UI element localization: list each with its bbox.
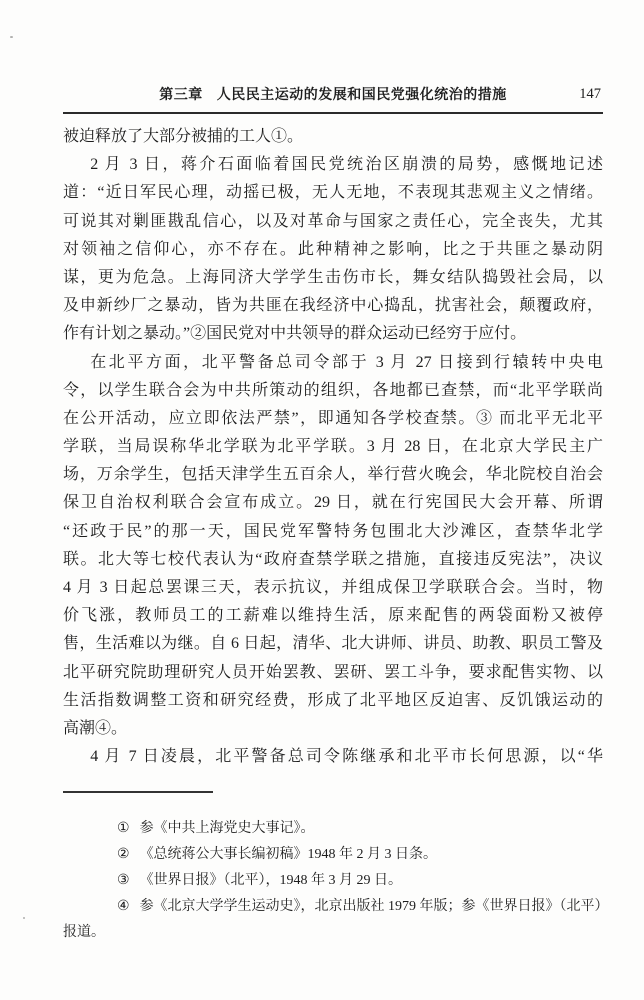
footnote-line: ①参《中共上海党史大事记》。 bbox=[63, 816, 603, 842]
body-text-line: 及申新纱厂之暴动，皆为共匪在我经济中心捣乱，扰害社会，颠覆政府， bbox=[63, 292, 603, 320]
body-text-line-text: 在北平方面，北平警备总司令部于 3 月 27 日接到行辕转中央电 bbox=[90, 354, 603, 371]
body-text-line-text: 学联，当局误称华北学联为北平学联。3 月 28 日，在北京大学民主广 bbox=[63, 438, 603, 455]
body-text-line-text: 售，生活难以为继。自 6 日起，清华、北大讲师、讲员、助教、职员工警及 bbox=[63, 635, 603, 652]
body-text-line: 保卫自治权利联合会宣布成立。29 日，就在行宪国民大会开幕、所谓 bbox=[63, 489, 603, 517]
body-text-line: “还政于民”的那一天，国民党军警特务包围北大沙滩区，查禁华北学 bbox=[63, 518, 603, 546]
body-text-line: 联。北大等七校代表认为“政府查禁学联之措施，直接违反宪法”，决议 bbox=[63, 546, 603, 574]
body-text-line: 场，万余学生，包括天津学生五百余人，举行营火晚会，华北院校自治会 bbox=[63, 461, 603, 489]
body-text-line-text: 作有计划之暴动。”②国民党对中共领导的群众运动已经穷于应付。 bbox=[63, 325, 526, 342]
body-text-line: 生活指数调整工资和研究经费，形成了北平地区反迫害、反饥饿运动的 bbox=[63, 687, 603, 715]
body-text-line: 被迫释放了大部分被捕的工人①。 bbox=[63, 123, 603, 151]
body-text-line-text: 对领袖之信仰心，亦不存在。此种精神之影响，比之于共匪之暴动阴 bbox=[63, 241, 603, 258]
page-number: 147 bbox=[579, 84, 601, 104]
body-text-line: 对领袖之信仰心，亦不存在。此种精神之影响，比之于共匪之暴动阴 bbox=[63, 236, 603, 264]
body-text-line: 谋，更为危急。上海同济大学学生击伤市长，舞女结队捣毁社会局，以 bbox=[63, 264, 603, 292]
body-text-line: 售，生活难以为继。自 6 日起，清华、北大讲师、讲员、助教、职员工警及 bbox=[63, 630, 603, 658]
footnote-line-text: 《世界日报》（北平），1948 年 3 月 29 日。 bbox=[140, 873, 403, 888]
body-text-line: 可说其对剿匪戡乱信心，以及对革命与国家之责任心，完全丧失，尤其 bbox=[63, 208, 603, 236]
body-text-line: 4 月 7 日凌晨，北平警备总司令陈继承和北平市长何思源，以“华 bbox=[63, 743, 603, 771]
body-text-line-text: 被迫释放了大部分被捕的工人①。 bbox=[63, 128, 303, 145]
body-text-line: 北平研究院助理研究人员开始罢教、罢研、罢工斗争，要求配售实物、以 bbox=[63, 659, 603, 687]
body-text-line: 高潮④。 bbox=[63, 715, 603, 743]
footnote-line-text: 参《中共上海党史大事记》。 bbox=[140, 821, 315, 836]
scan-speck bbox=[10, 36, 13, 38]
body-text-line-text: 北平研究院助理研究人员开始罢教、罢研、罢工斗争，要求配售实物、以 bbox=[63, 664, 603, 681]
body-text-line: 令，以学生联合会为中共所策动的组织，各地都已查禁，而“北平学联尚 bbox=[63, 377, 603, 405]
body-text-line-text: 谋，更为危急。上海同济大学学生击伤市长，舞女结队捣毁社会局，以 bbox=[63, 269, 603, 286]
footnote-line: ③《世界日报》（北平），1948 年 3 月 29 日。 bbox=[63, 868, 603, 894]
scan-speck bbox=[23, 917, 25, 919]
chapter-title: 人民民主运动的发展和国民党强化统治的措施 bbox=[217, 86, 507, 102]
body-text-line: 价飞涨，教师员工的工薪难以维持生活，原来配售的两袋面粉又被停 bbox=[63, 602, 603, 630]
body-text-line-text: 场，万余学生，包括天津学生五百余人，举行营火晚会，华北院校自治会 bbox=[63, 466, 603, 483]
body-text-line: 2 月 3 日，蒋介石面临着国民党统治区崩溃的局势，感慨地记述 bbox=[63, 151, 603, 179]
footnote-line-text: 参《北京大学学生运动史》，北京出版社 1979 年版；参《世界日报》（北平） bbox=[140, 899, 609, 914]
footnote-marker: ② bbox=[117, 842, 130, 868]
chapter-label: 第三章 bbox=[159, 86, 203, 102]
body-text-line-text: 及申新纱厂之暴动，皆为共匪在我经济中心捣乱，扰害社会，颠覆政府， bbox=[63, 297, 603, 314]
body-text-line-text: 价飞涨，教师员工的工薪难以维持生活，原来配售的两袋面粉又被停 bbox=[63, 607, 603, 624]
footnote-line: 报道。 bbox=[63, 920, 603, 946]
body-text: 被迫释放了大部分被捕的工人①。2 月 3 日，蒋介石面临着国民党统治区崩溃的局势… bbox=[63, 123, 603, 771]
footnote-line: ②《总统蒋公大事长编初稿》1948 年 2 月 3 日条。 bbox=[63, 842, 603, 868]
body-text-line-text: 令，以学生联合会为中共所策动的组织，各地都已查禁，而“北平学联尚 bbox=[63, 382, 603, 399]
footnote-marker: ① bbox=[117, 816, 130, 842]
body-text-line: 作有计划之暴动。”②国民党对中共领导的群众运动已经穷于应付。 bbox=[63, 320, 603, 348]
body-text-line-text: 高潮④。 bbox=[63, 720, 127, 737]
body-text-line: 学联，当局误称华北学联为北平学联。3 月 28 日，在北京大学民主广 bbox=[63, 433, 603, 461]
footnotes: ①参《中共上海党史大事记》。②《总统蒋公大事长编初稿》1948 年 2 月 3 … bbox=[63, 816, 603, 946]
body-text-line-text: 4 月 7 日凌晨，北平警备总司令陈继承和北平市长何思源，以“华 bbox=[90, 748, 603, 765]
body-text-line-text: 生活指数调整工资和研究经费，形成了北平地区反迫害、反饥饿运动的 bbox=[63, 692, 603, 709]
footnote-line-text: 报道。 bbox=[63, 925, 105, 940]
page-header: 第三章人民民主运动的发展和国民党强化统治的措施 147 bbox=[63, 84, 603, 114]
body-text-line-text: 联。北大等七校代表认为“政府查禁学联之措施，直接违反宪法”，决议 bbox=[63, 551, 603, 568]
body-text-line-text: 4 月 3 日起总罢课三天，表示抗议，并组成保卫学联联合会。当时，物 bbox=[63, 579, 603, 596]
footnote-separator bbox=[63, 791, 213, 793]
footnote-line: ④参《北京大学学生运动史》，北京出版社 1979 年版；参《世界日报》（北平） bbox=[63, 894, 603, 920]
body-text-line: 4 月 3 日起总罢课三天，表示抗议，并组成保卫学联联合会。当时，物 bbox=[63, 574, 603, 602]
body-text-line-text: “还政于民”的那一天，国民党军警特务包围北大沙滩区，查禁华北学 bbox=[63, 523, 603, 540]
body-text-line-text: 道：“近日军民心理，动摇已极，无人无地，不表现其悲观主义之情绪。 bbox=[63, 184, 603, 201]
body-text-line: 在公开活动，应立即依法严禁”，即通知各学校查禁。③ 而北平无北平 bbox=[63, 405, 603, 433]
body-text-line-text: 在公开活动，应立即依法严禁”，即通知各学校查禁。③ 而北平无北平 bbox=[63, 410, 603, 427]
body-text-line-text: 保卫自治权利联合会宣布成立。29 日，就在行宪国民大会开幕、所谓 bbox=[63, 494, 603, 511]
running-title: 第三章人民民主运动的发展和国民党强化统治的措施 bbox=[63, 84, 603, 104]
footnote-marker: ③ bbox=[117, 868, 130, 894]
body-text-line-text: 2 月 3 日，蒋介石面临着国民党统治区崩溃的局势，感慨地记述 bbox=[90, 156, 603, 173]
footnote-line-text: 《总统蒋公大事长编初稿》1948 年 2 月 3 日条。 bbox=[140, 847, 438, 862]
footnote-marker: ④ bbox=[117, 894, 130, 920]
book-page: 第三章人民民主运动的发展和国民党强化统治的措施 147 被迫释放了大部分被捕的工… bbox=[0, 0, 644, 1000]
body-text-line-text: 可说其对剿匪戡乱信心，以及对革命与国家之责任心，完全丧失，尤其 bbox=[63, 213, 603, 230]
body-text-line: 道：“近日军民心理，动摇已极，无人无地，不表现其悲观主义之情绪。 bbox=[63, 179, 603, 207]
body-text-line: 在北平方面，北平警备总司令部于 3 月 27 日接到行辕转中央电 bbox=[63, 349, 603, 377]
